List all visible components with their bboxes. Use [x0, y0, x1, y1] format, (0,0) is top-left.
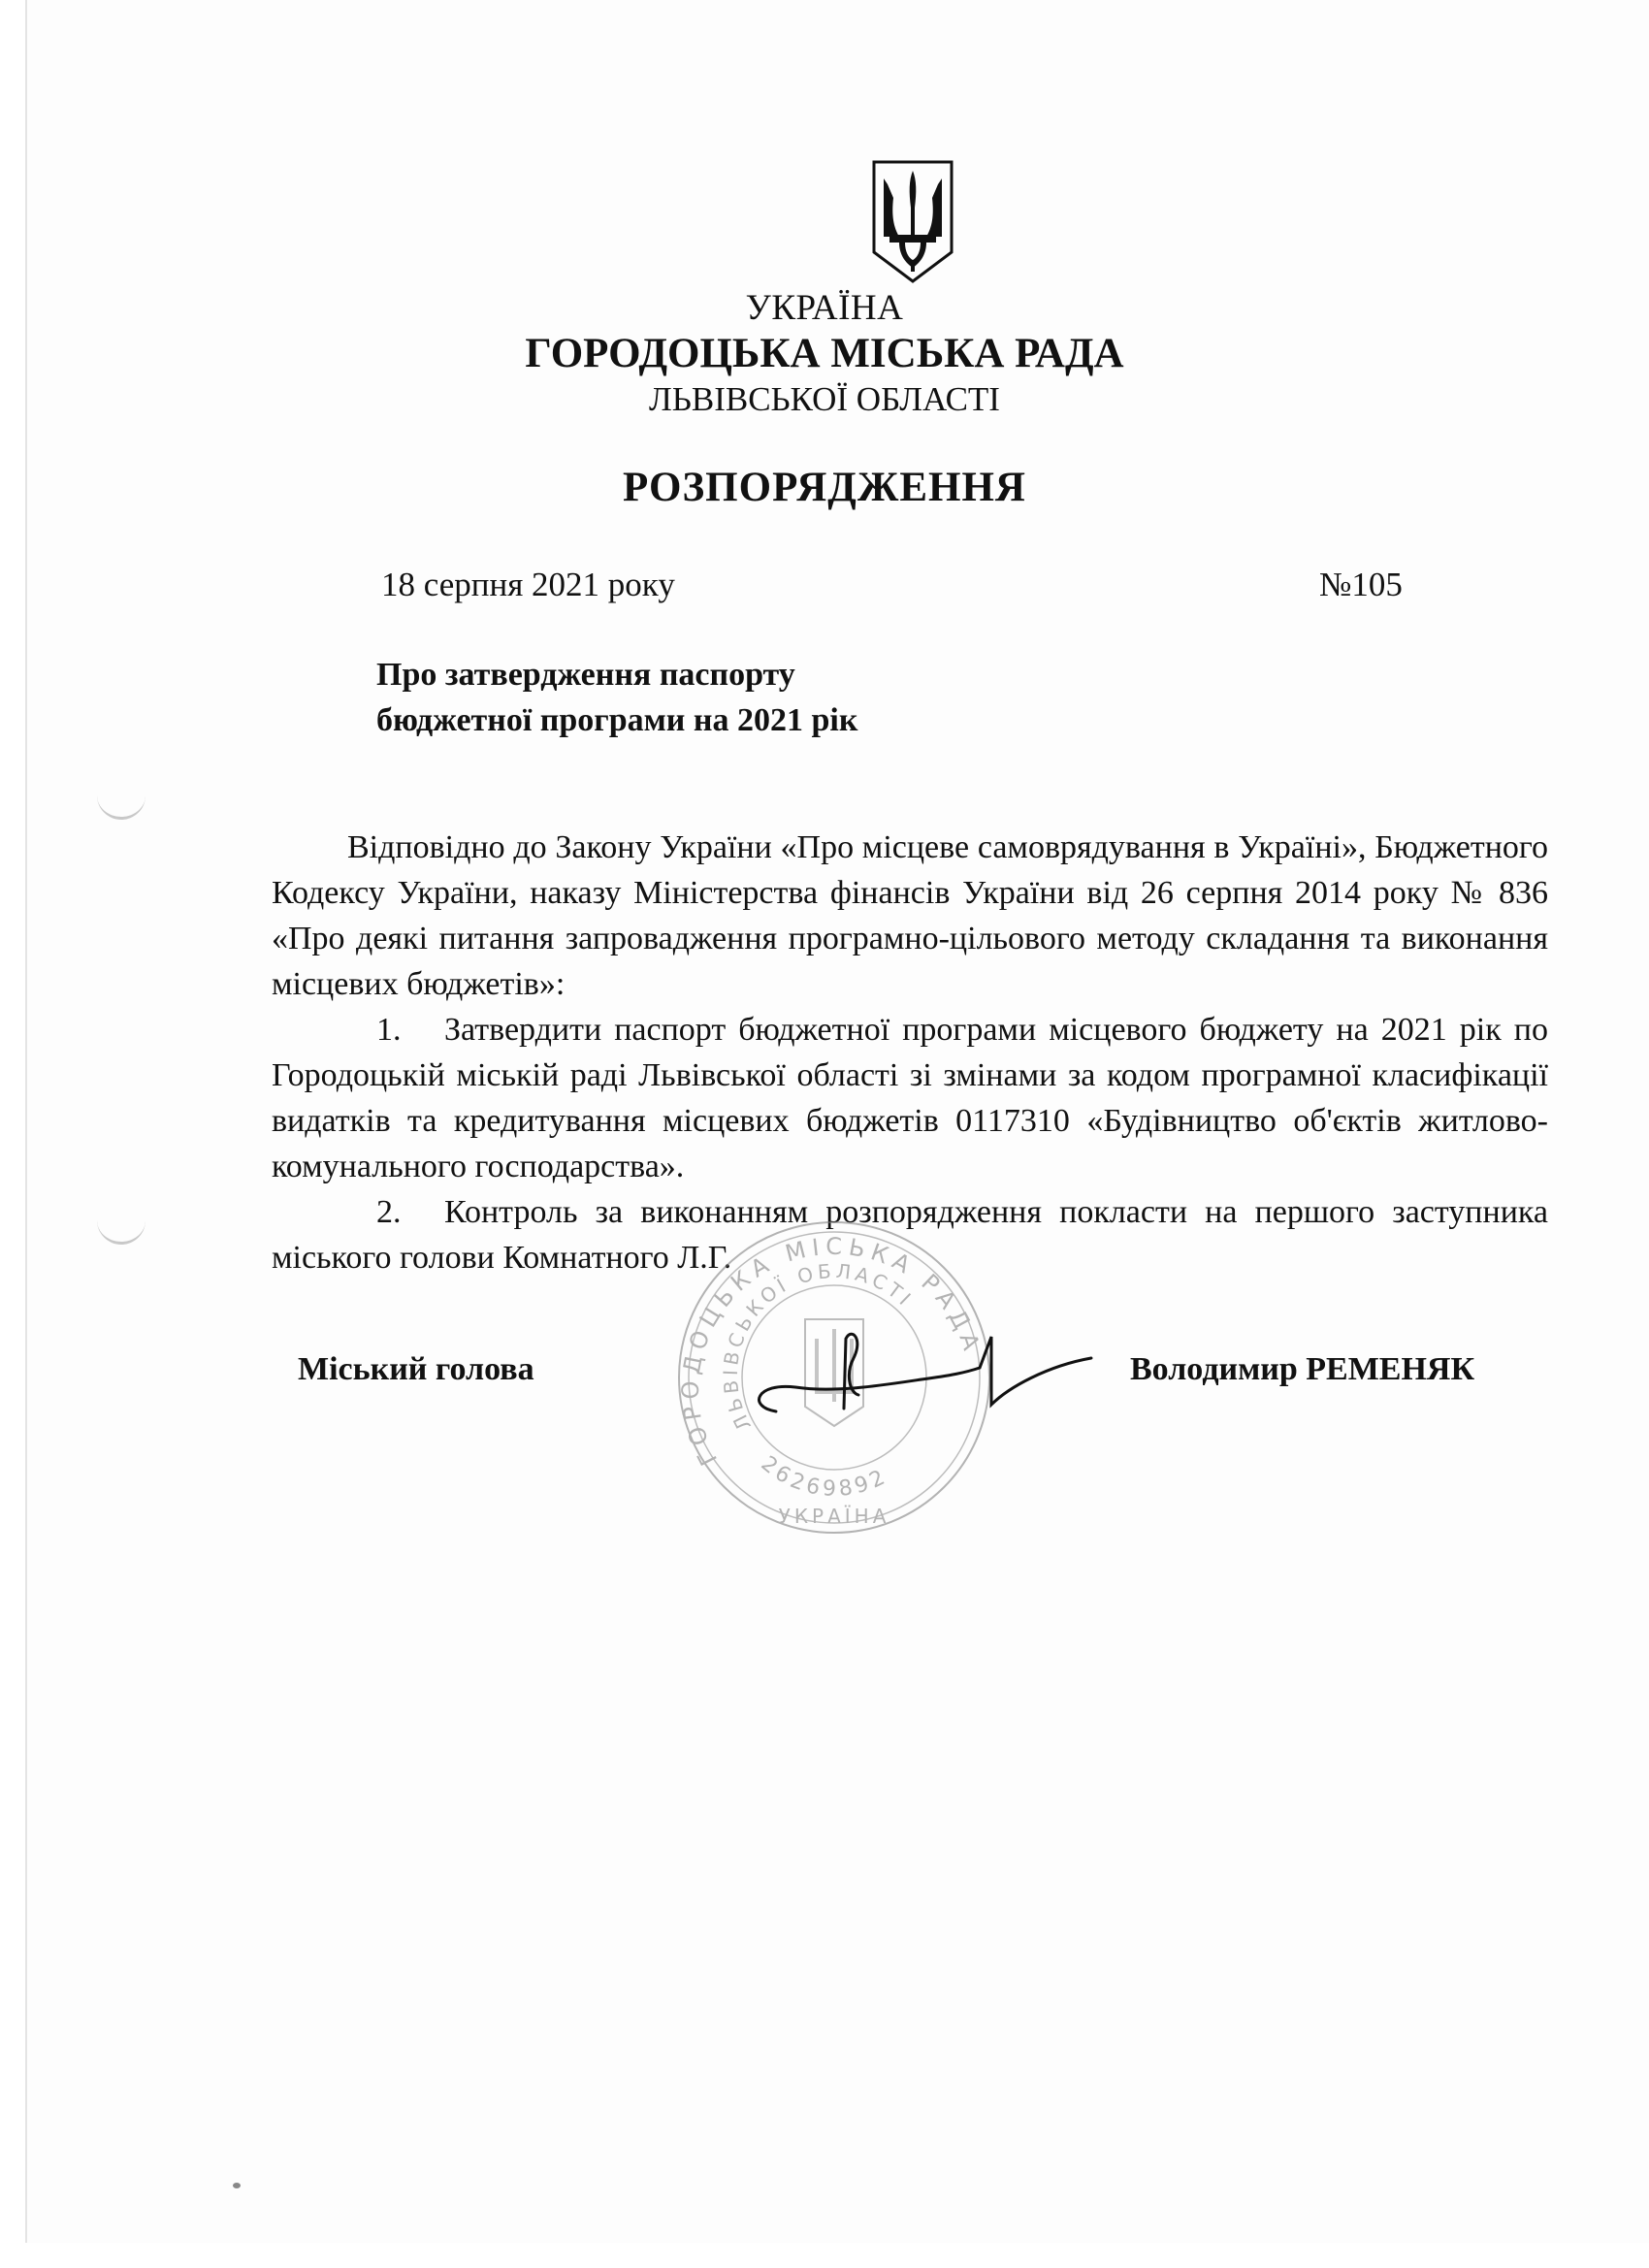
country-label: УКРАЇНА: [0, 287, 1649, 329]
order-item: 1.Затвердити паспорт бюджетної програми …: [272, 1007, 1548, 1189]
preamble-paragraph: Відповідно до Закону України «Про місцев…: [272, 825, 1548, 1007]
subject-line: бюджетної програми на 2021 рік: [376, 697, 857, 743]
region-name: ЛЬВІВСЬКОЇ ОБЛАСТІ: [0, 380, 1649, 419]
document-body: Відповідно до Закону України «Про місцев…: [272, 825, 1548, 1280]
signatory-title: Міський голова: [298, 1351, 534, 1388]
document-number: №105: [1319, 566, 1403, 604]
signatory-name: Володимир РЕМЕНЯК: [1130, 1351, 1474, 1388]
item-text: Затвердити паспорт бюджетної програми мі…: [272, 1012, 1548, 1184]
item-number: 2.: [376, 1189, 444, 1235]
document-subject: Про затвердження паспорту бюджетної прог…: [376, 652, 857, 743]
handwritten-signature: [737, 1319, 1096, 1436]
subject-line: Про затвердження паспорту: [376, 652, 857, 697]
document-date: 18 серпня 2021 року: [381, 566, 675, 604]
stamp-bottom-text: УКРАЇНА: [779, 1505, 890, 1528]
scan-speck: [233, 2183, 241, 2188]
svg-text:26269892: 26269892: [757, 1452, 892, 1502]
stamp-code: 26269892: [757, 1452, 892, 1502]
council-name: ГОРОДОЦЬКА МІСЬКА РАДА: [0, 330, 1649, 377]
document-type-title: РОЗПОРЯДЖЕННЯ: [0, 464, 1649, 511]
trident-coat-of-arms-icon: [870, 159, 955, 283]
item-number: 1.: [376, 1007, 444, 1053]
